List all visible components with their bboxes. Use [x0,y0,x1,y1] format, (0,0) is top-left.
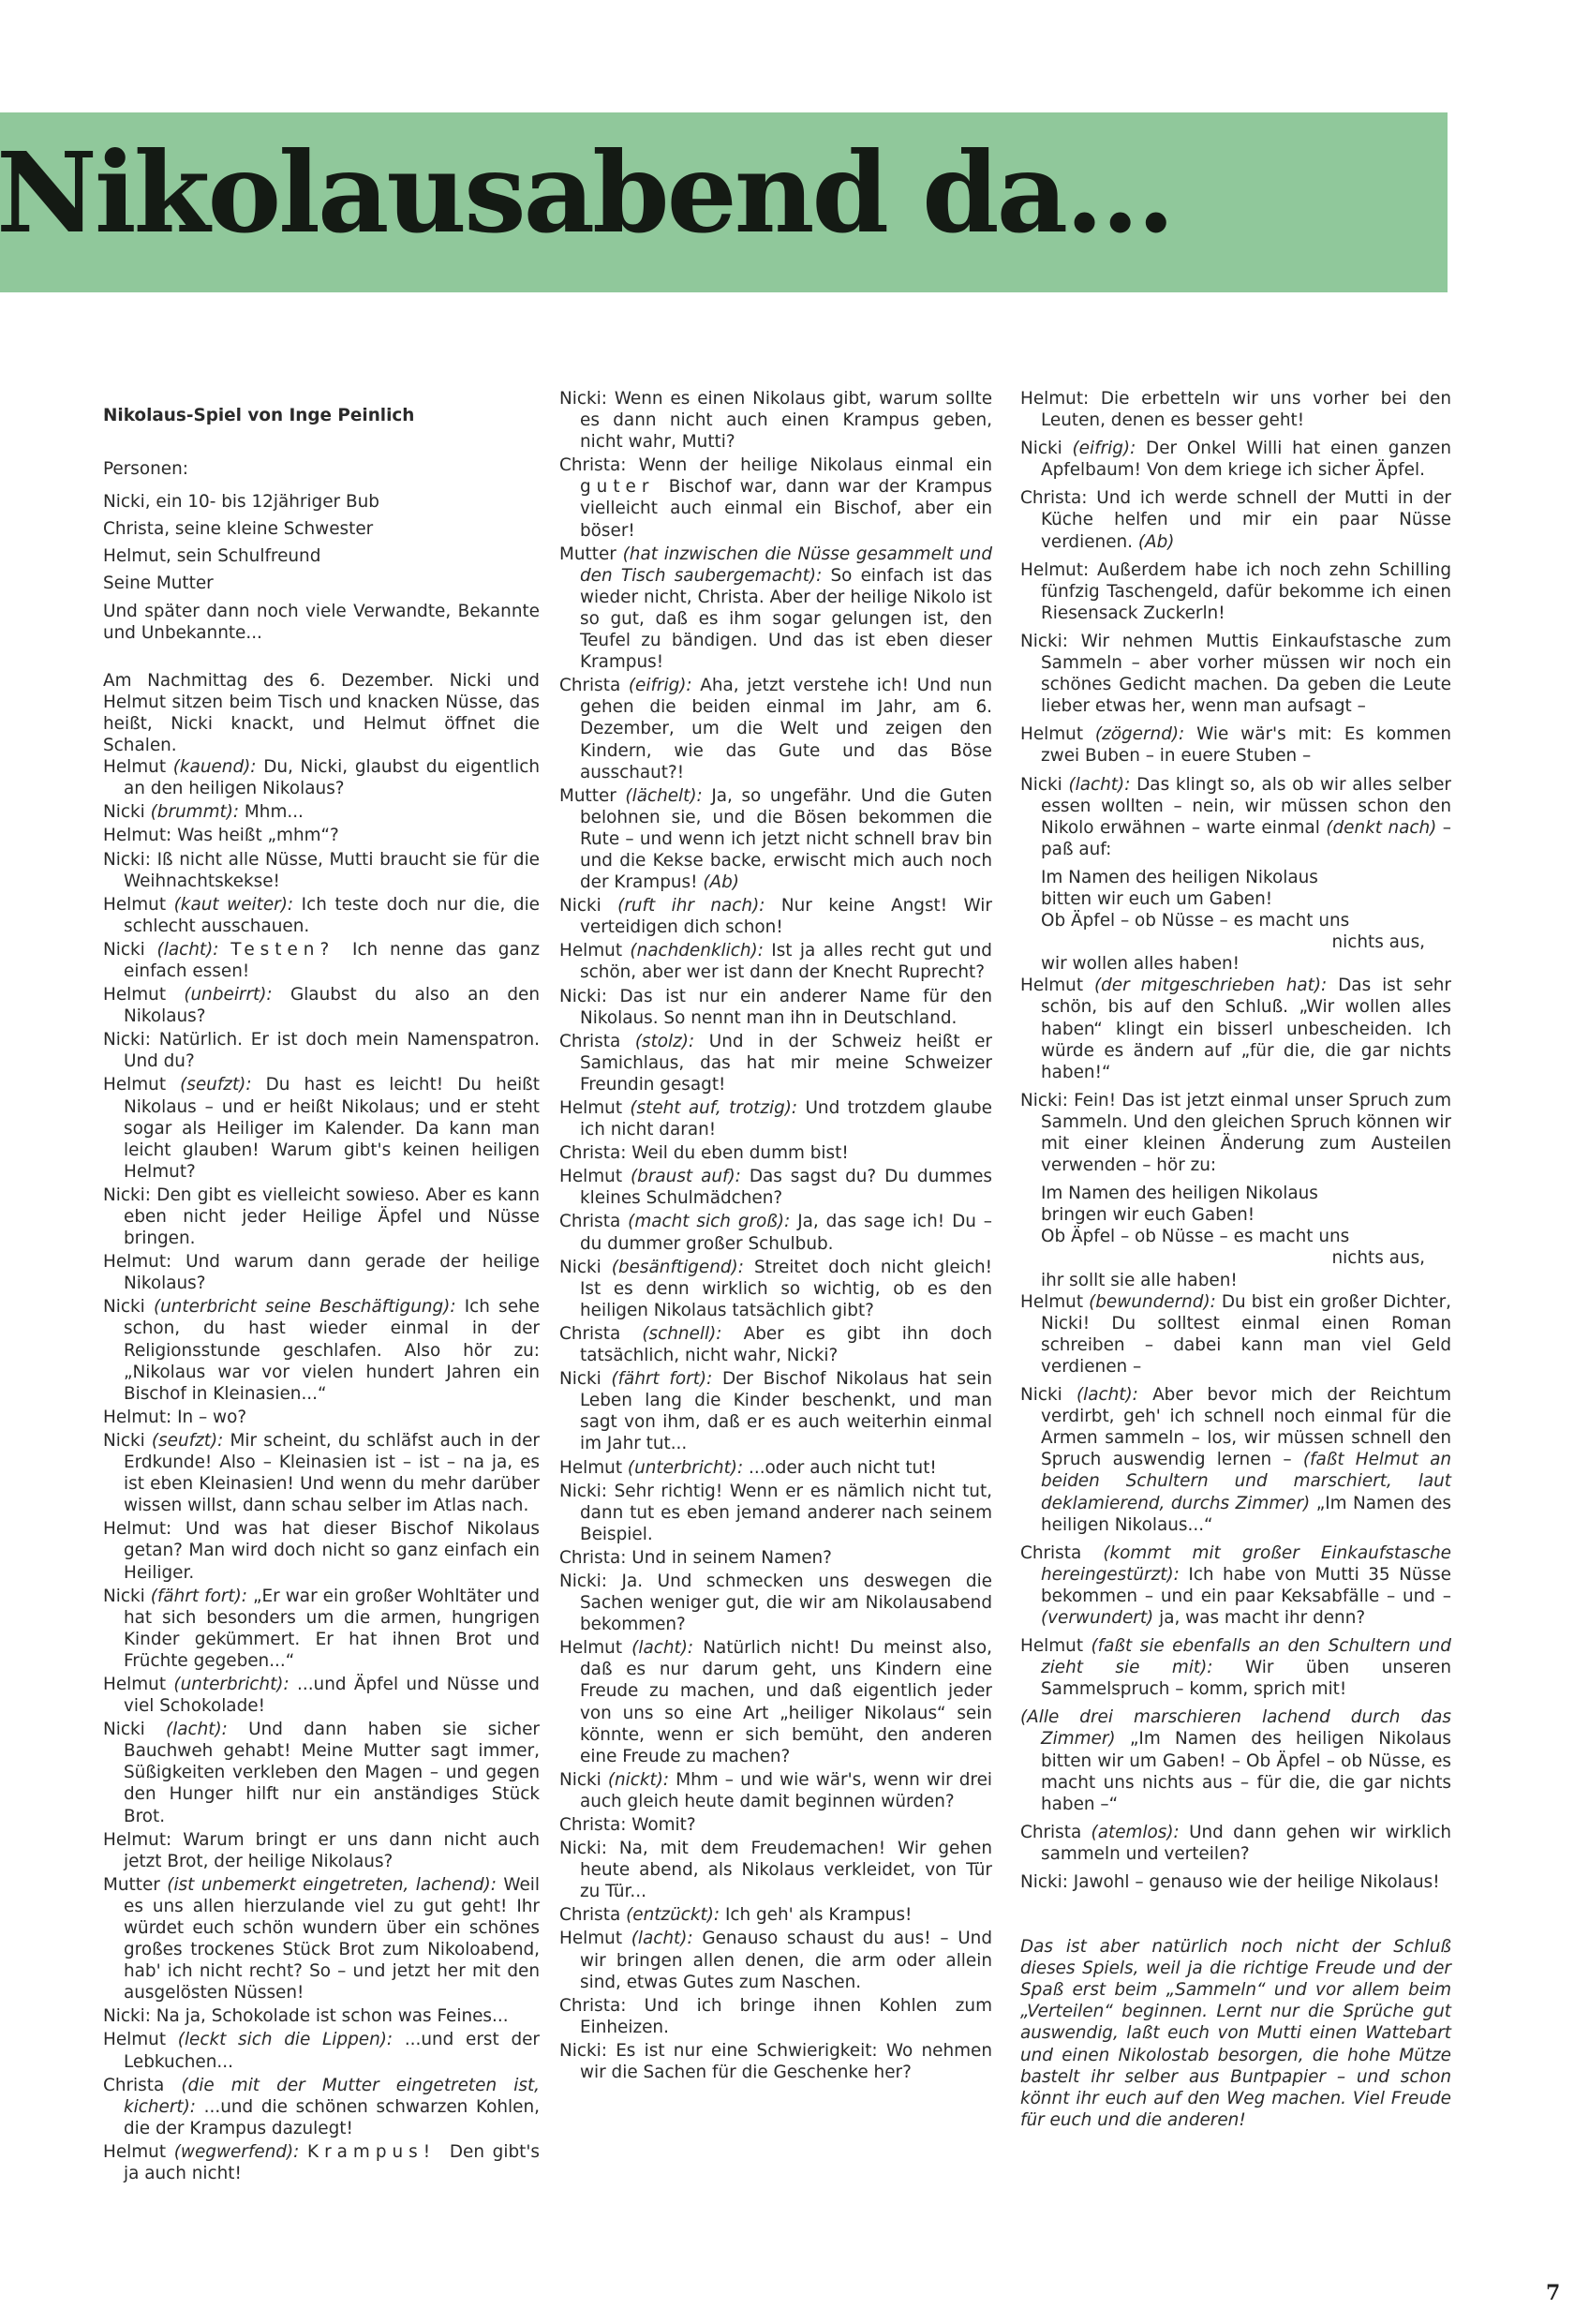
speaker-name: Helmut [1020,724,1095,744]
dialogue-line: Nicki (unterbricht seine Beschäftigung):… [103,1296,540,1404]
stage-direction: (Ab) [1138,532,1175,552]
dialogue-text: ja, was macht ihr denn? [1159,1608,1365,1628]
speaker-name: Christa [559,1905,626,1925]
dialogue-text: Ich geh' als Krampus! [725,1905,912,1925]
stage-direction: (ist unbemerkt eingetreten, lachend): [167,1875,503,1895]
verse-line: Ob Äpfel – ob Nüsse – es macht uns [1020,910,1451,931]
dialogue-text: Ja. Und schmecken uns deswegen die Sache… [580,1572,992,1634]
dialogue-text: Na, mit dem Freudemachen! Wir gehen heut… [580,1839,992,1901]
speaker-name: Nicki [559,1369,611,1389]
dialogue-text: Und in seinem Namen? [631,1548,832,1568]
verse-line: Ob Äpfel – ob Nüsse – es macht uns [1020,1226,1451,1247]
dialogue-line: Christa: Womit? [559,1814,992,1836]
speaker-name: Nicki: [559,389,615,409]
speaker-name: Nicki: [1020,1091,1074,1110]
stage-direction: (lacht): [631,1929,703,1948]
stage-direction: (entzückt): [626,1905,725,1925]
speaker-name: Helmut: [1020,560,1097,580]
cast-title: Personen: [103,458,540,480]
dialogue-text: Und warum dann gerade der heilige Nikola… [124,1252,540,1293]
dialogue-text: Die erbetteln wir uns vorher bei den Leu… [1041,389,1451,430]
speaker-name: Helmut [1020,1636,1092,1656]
stage-direction: (fährt fort): [611,1369,722,1389]
verse-line: Im Namen des heiligen Nikolaus [1020,867,1451,888]
dialogue-line: Christa (atemlos): Und dann gehen wir wi… [1020,1822,1451,1865]
speaker-name: Christa [103,2076,181,2095]
stage-direction: (nachdenklich): [630,941,771,961]
speaker-name: Helmut [103,1675,173,1694]
speaker-name: Helmut [559,1098,630,1118]
speaker-name: Nicki: [559,1482,615,1501]
dialogue-line: Christa: Wenn der heilige Nikolaus einma… [559,454,992,541]
dialogue-text: Womit? [631,1815,695,1835]
dialogue-text: Natürlich. Er ist doch mein Namenspatron… [124,1030,540,1071]
dialogue-line: Christa (kommt mit großer Einkaufstasche… [1020,1542,1451,1629]
dialogue-line: Nicki (lacht): Das klingt so, als ob wir… [1020,774,1451,860]
verse-line: wir wollen alles haben! [1020,953,1451,975]
verse-line: Im Namen des heiligen Nikolaus [1020,1183,1451,1204]
stage-direction: (steht auf, trotzig): [630,1098,805,1118]
speaker-name: Nicki [103,1297,154,1317]
stage-direction: (ruft ihr nach): [617,896,781,916]
emphasis-text: Krampus! [307,2142,450,2162]
dialogue-line: Helmut (lacht): Genauso schaust du aus! … [559,1928,992,1992]
stage-direction: (lächelt): [625,786,711,806]
speaker-name: Christa: [1020,488,1096,508]
stage-direction: (kauend): [173,757,263,777]
speaker-name: Helmut: [103,1252,186,1272]
dialogue-text: Iß nicht alle Nüsse, Mutti braucht sie f… [124,850,540,891]
dialogue-text: Das ist nur ein anderer Name für den Nik… [580,987,992,1028]
dialogue-line: (Alle drei marschieren lachend durch das… [1020,1706,1451,1814]
column-1: Nikolaus-Spiel von Inge Peinlich Persone… [103,394,540,2186]
stage-direction: (unterbricht seine Beschäftigung): [154,1297,465,1317]
dialogue-line: Nicki: Na, mit dem Freudemachen! Wir geh… [559,1838,992,1902]
stage-direction: (macht sich groß): [628,1212,797,1231]
dialogue-text: ...oder auch nicht tut! [749,1458,937,1478]
dialogue-line: Nicki: Den gibt es vielleicht sowieso. A… [103,1184,540,1249]
speaker-name: Nicki [103,1587,151,1606]
dialogue-line: Helmut (leckt sich die Lippen): ...und e… [103,2029,540,2072]
dialogue-line: Helmut: Was heißt „mhm“? [103,825,540,846]
dialogue-line: Helmut (kauend): Du, Nicki, glaubst du e… [103,756,540,799]
dialogue-text: Wenn es einen Nikolaus gibt, warum sollt… [580,389,992,452]
dialogue-line: Christa (macht sich groß): Ja, das sage … [559,1211,992,1254]
speaker-name: Nicki [559,1770,608,1790]
verse-line: nichts aus, [1020,1247,1451,1269]
dialogue-line: Nicki (fährt fort): „Er war ein großer W… [103,1586,540,1672]
dialogue-text: Fein! Das ist jetzt einmal unser Spruch … [1041,1091,1451,1175]
dialogue-line: Nicki (besänftigend): Streitet doch nich… [559,1257,992,1321]
speaker-name: Helmut [1020,976,1094,995]
speaker-name: Helmut [559,1638,631,1658]
speaker-name: Helmut: [1020,389,1101,409]
cast-item: Nicki, ein 10- bis 12jähriger Bub [103,491,540,513]
dialogue-text: In – wo? [177,1408,246,1427]
speaker-name: Christa: [559,1548,631,1568]
byline: Nikolaus-Spiel von Inge Peinlich [103,405,540,426]
dialogue-line: Nicki (nickt): Mhm – und wie wär's, wenn… [559,1769,992,1812]
dialogue-col-2: Nicki: Wenn es einen Nikolaus gibt, waru… [559,388,992,2083]
dialogue-text: Na ja, Schokolade ist schon was Feines..… [156,2006,509,2026]
stage-direction: (bewundernd): [1089,1292,1222,1312]
speaker-name: Nicki: [103,1185,156,1205]
emphasis-text: Testen? [230,940,352,960]
speaker-name: Mutter [103,1875,167,1895]
dialogue-line: Helmut (unterbricht): ...und Äpfel und N… [103,1674,540,1717]
closing-note: Das ist aber natürlich noch nicht der Sc… [1020,1936,1451,2131]
stage-direction: (atemlos): [1092,1823,1190,1842]
speaker-name: Christa [559,676,629,695]
dialogue-text: Wir nehmen Muttis Einkaufstasche zum Sam… [1041,632,1451,716]
speaker-name: Nicki [103,1431,152,1451]
dialogue-line: Helmut: Außerdem habe ich noch zehn Schi… [1020,559,1451,624]
page-number: 7 [1546,2281,1560,2305]
dialogue-text: Den gibt es vielleicht sowieso. Aber es … [124,1185,540,1248]
speaker-name: Christa: [559,1815,631,1835]
speaker-name: Christa [559,1324,642,1344]
stage-direction: (fährt fort): [151,1587,253,1606]
speaker-name: Mutter [559,786,625,806]
cast-item: Und später dann noch viele Verwandte, Be… [103,601,540,644]
dialogue-line: Helmut (zögernd): Wie wär's mit: Es komm… [1020,723,1451,767]
dialogue-line: Nicki: Ja. Und schmecken uns deswegen di… [559,1571,992,1635]
dialogue-line: Christa (schnell): Aber es gibt ihn doch… [559,1323,992,1366]
dialogue-text: Mhm... [245,802,304,822]
stage-direction: (unterbricht): [628,1458,749,1478]
speaker-name: Nicki: [559,1572,622,1591]
dialogue-line: Helmut (unbeirrt): Glaubst du also an de… [103,984,540,1027]
dialogue-text: Jawohl – genauso wie der heilige Nikolau… [1074,1872,1440,1892]
dialogue-line: Helmut (seufzt): Du hast es leicht! Du h… [103,1074,540,1182]
stage-direction: (lacht): [166,1720,248,1739]
speaker-name: Nicki: [1020,1872,1074,1892]
dialogue-line: Helmut (steht auf, trotzig): Und trotzde… [559,1097,992,1140]
speaker-name: Nicki [559,1258,612,1277]
speaker-name: Helmut [559,941,630,961]
stage-direction: (unbeirrt): [184,985,290,1005]
column-3: Helmut: Die erbetteln wir uns vorher bei… [1020,388,1451,2148]
dialogue-line: Helmut (unterbricht): ...oder auch nicht… [559,1457,992,1479]
cast-item: Helmut, sein Schulfreund [103,545,540,567]
dialogue-text: Außerdem habe ich noch zehn Schilling fü… [1041,560,1451,623]
dialogue-line: Nicki (lacht): Aber bevor mich der Reich… [1020,1384,1451,1536]
speaker-name: Christa [1020,1823,1092,1842]
dialogue-line: Helmut (bewundernd): Du bist ein großer … [1020,1291,1451,1378]
speaker-name: Nicki [103,940,157,960]
dialogue-text: Wenn der heilige Nikolaus einmal ein [639,455,992,475]
dialogue-line: Nicki (brummt): Mhm... [103,801,540,823]
speaker-name: Mutter [559,544,623,564]
page-title: Nikolausabend da... [0,127,1172,258]
dialogue-line: Christa (stolz): Und in der Schweiz heiß… [559,1031,992,1095]
stage-direction: (seufzt): [152,1431,230,1451]
dialogue-line: Christa: Und ich bringe ihnen Kohlen zum… [559,1995,992,2038]
dialogue-text: Weil du eben dumm bist! [631,1143,848,1163]
verse-line: ihr sollt sie alle haben! [1020,1270,1451,1291]
verse-line: bringen wir euch Gaben! [1020,1204,1451,1226]
cast-item: Christa, seine kleine Schwester [103,518,540,540]
speaker-name: Helmut [103,895,174,915]
dialogue-line: Helmut (nachdenklich): Ist ja alles rech… [559,940,992,983]
dialogue-line: Nicki: Sehr richtig! Wenn er es nämlich … [559,1481,992,1545]
dialogue-line: Helmut: Warum bringt er uns dann nicht a… [103,1829,540,1872]
stage-direction: (lacht): [157,940,231,960]
speaker-name: Nicki: [103,2006,156,2026]
speaker-name: Nicki [559,896,617,916]
dialogue-line: Nicki: Natürlich. Er ist doch mein Namen… [103,1029,540,1072]
dialogue-line: Christa (die mit der Mutter eingetreten … [103,2075,540,2139]
dialogue-text: Es ist nur eine Schwierigkeit: Wo nehmen… [580,2041,992,2082]
speaker-name: Nicki [1020,775,1068,795]
dialogue-line: Christa (eifrig): Aha, jetzt verstehe ic… [559,675,992,782]
speaker-name: Christa [559,1212,628,1231]
dialogue-line: Mutter (hat inzwischen die Nüsse gesamme… [559,544,992,674]
stage-direction: (besänftigend): [612,1258,754,1277]
dialogue-line: Nicki: Iß nicht alle Nüsse, Mutti brauch… [103,849,540,892]
dialogue-text: Warum bringt er uns dann nicht auch jetz… [124,1830,540,1871]
speaker-name: Helmut [103,2030,178,2049]
speaker-name: Nicki [103,1720,166,1739]
dialogue-line: Helmut: Und was hat dieser Bischof Nikol… [103,1518,540,1583]
speaker-name: Helmut [1020,1292,1089,1312]
dialogue-line: Christa (entzückt): Ich geh' als Krampus… [559,1904,992,1926]
dialogue-line: Mutter (ist unbemerkt eingetreten, lache… [103,1874,540,2004]
speaker-name: Helmut [559,1458,628,1478]
stage-direction: (stolz): [635,1032,709,1051]
dialogue-line: Helmut: Die erbetteln wir uns vorher bei… [1020,388,1451,431]
dialogue-line: Helmut (der mitgeschrieben hat): Das ist… [1020,975,1451,1082]
dialogue-line: Mutter (lächelt): Ja, so ungefähr. Und d… [559,785,992,893]
dialogue-line: Nicki: Wenn es einen Nikolaus gibt, waru… [559,388,992,453]
speaker-name: Helmut [559,1167,631,1186]
dialogue-line: Christa: Weil du eben dumm bist! [559,1142,992,1164]
column-2: Nicki: Wenn es einen Nikolaus gibt, waru… [559,388,992,2085]
dialogue-line: Helmut: In – wo? [103,1407,540,1428]
stage-direction: (leckt sich die Lippen): [178,2030,405,2049]
dialogue-text: Und ich werde schnell der Mutti in der K… [1041,488,1451,551]
dialogue-line: Nicki (ruft ihr nach): Nur keine Angst! … [559,895,992,938]
stage-direction: (lacht): [1068,775,1136,795]
speaker-name: Helmut [103,2142,174,2162]
speaker-name: Helmut [103,1075,180,1095]
speaker-name: Helmut: [103,1830,183,1850]
speaker-name: Helmut: [103,1408,177,1427]
dialogue-line: Helmut: Und warum dann gerade der heilig… [103,1251,540,1294]
stage-direction: (Ab) [703,872,739,892]
speaker-name: Christa: [559,1143,631,1163]
dialogue-line: Helmut (kaut weiter): Ich teste doch nur… [103,894,540,937]
speaker-name: Nicki: [103,1030,159,1050]
verse-line: bitten wir euch um Gaben! [1020,888,1451,910]
stage-direction: (eifrig): [1073,439,1147,458]
speaker-name: Nicki: [103,850,157,870]
speaker-name: Helmut [559,1929,631,1948]
stage-direction: (der mitgeschrieben hat): [1094,976,1338,995]
stage-direction: (eifrig): [629,676,700,695]
speaker-name: Nicki: [559,1839,619,1858]
stage-direction: (lacht): [631,1638,703,1658]
speaker-name: Christa: [559,455,639,475]
stage-direction: (denkt nach) [1326,818,1443,838]
dialogue-line: Christa: Und in seinem Namen? [559,1547,992,1569]
scene-description: Am Nachmittag des 6. Dezember. Nicki und… [103,670,540,756]
speaker-name: Helmut [103,757,173,777]
dialogue-line: Nicki: Jawohl – genauso wie der heilige … [1020,1871,1451,1893]
cast-item: Seine Mutter [103,573,540,594]
dialogue-line: Nicki (lacht): Testen? Ich nenne das gan… [103,939,540,982]
dialogue-text: Und was hat dieser Bischof Nikolaus geta… [124,1519,540,1582]
speaker-name: Christa [1020,1543,1103,1563]
speaker-name: Nicki: [559,987,620,1006]
dialogue-line: Nicki: Das ist nur ein anderer Name für … [559,986,992,1029]
stage-direction: (unterbricht): [173,1675,297,1694]
emphasis-text: guter [580,477,669,497]
stage-direction: (lacht): [1077,1385,1152,1405]
dialogue-line: Nicki (fährt fort): Der Bischof Nikolaus… [559,1368,992,1454]
speaker-name: Nicki: [1020,632,1081,651]
dialogue-line: Nicki (seufzt): Mir scheint, du schläfst… [103,1430,540,1516]
dialogue-text: Was heißt „mhm“? [177,826,339,845]
dialogue-line: Nicki: Es ist nur eine Schwierigkeit: Wo… [559,2040,992,2083]
speaker-name: Helmut: [103,1519,186,1539]
stage-direction: (kaut weiter): [174,895,302,915]
dialogue-line: Christa: Und ich werde schnell der Mutti… [1020,487,1451,552]
speaker-name: Christa: [559,1996,645,2016]
dialogue-text: Sehr richtig! Wenn er es nämlich nicht t… [580,1482,992,1544]
speaker-name: Nicki [1020,439,1073,458]
dialogue-line: Nicki (eifrig): Der Onkel Willi hat eine… [1020,438,1451,481]
dialogue-line: Helmut (wegwerfend): Krampus! Den gibt's… [103,2141,540,2184]
dialogue-line: Helmut (lacht): Natürlich nicht! Du mein… [559,1637,992,1767]
dialogue-col-1: Helmut (kauend): Du, Nicki, glaubst du e… [103,756,540,2184]
dialogue-line: Helmut (faßt sie ebenfalls an den Schult… [1020,1635,1451,1700]
verse-line: nichts aus, [1020,931,1451,953]
dialogue-line: Nicki (lacht): Und dann haben sie sicher… [103,1719,540,1826]
stage-direction: (seufzt): [180,1075,266,1095]
speaker-name: Nicki [1020,1385,1077,1405]
dialogue-col-3: Helmut: Die erbetteln wir uns vorher bei… [1020,388,1451,1893]
speaker-name: Helmut: [103,826,177,845]
dialogue-line: Nicki: Na ja, Schokolade ist schon was F… [103,2005,540,2027]
stage-direction: (brummt): [151,802,245,822]
stage-direction: (zögernd): [1095,724,1196,744]
dialogue-line: Nicki: Wir nehmen Muttis Einkaufstasche … [1020,631,1451,717]
speaker-name: Christa [559,1032,635,1051]
speaker-name: Helmut [103,985,184,1005]
stage-direction: (schnell): [642,1324,743,1344]
stage-direction: (wegwerfend): [174,2142,307,2162]
stage-direction: (braust auf): [631,1167,750,1186]
speaker-name: Nicki: [559,2041,616,2061]
dialogue-line: Nicki: Fein! Das ist jetzt einmal unser … [1020,1090,1451,1176]
dialogue-line: Helmut (braust auf): Das sagst du? Du du… [559,1166,992,1209]
stage-direction: (verwundert) [1041,1608,1159,1628]
stage-direction: (nickt): [608,1770,676,1790]
speaker-name: Nicki [103,802,151,822]
